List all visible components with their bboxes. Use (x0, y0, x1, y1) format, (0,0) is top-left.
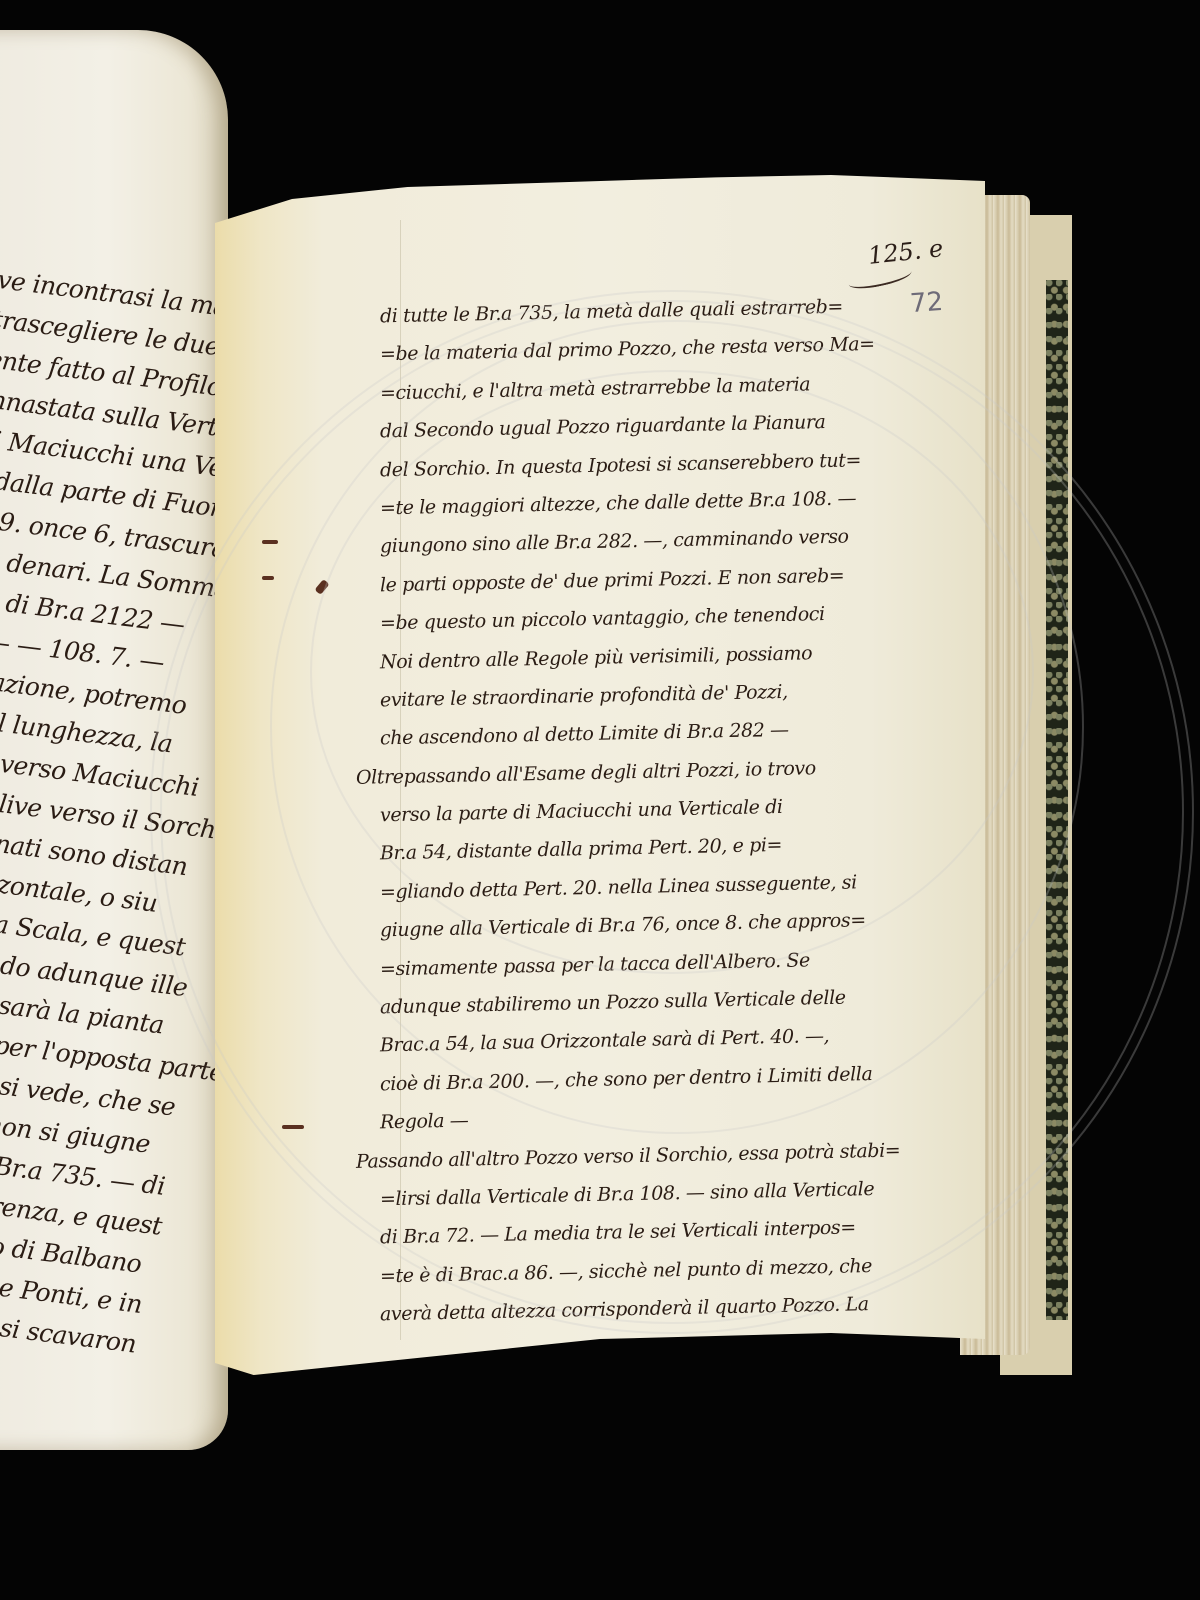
right-page-text: di tutte le Br.a 735, la metà dalle qual… (350, 298, 910, 1335)
photograph: ve incontrasi la maggi trascegliere le d… (0, 0, 1200, 1600)
left-page-text: ve incontrasi la maggi trascegliere le d… (0, 260, 228, 1361)
pencil-page-number: 72 (909, 287, 944, 319)
marbled-cover (1046, 280, 1068, 1320)
left-page: ve incontrasi la maggi trascegliere le d… (0, 30, 228, 1450)
